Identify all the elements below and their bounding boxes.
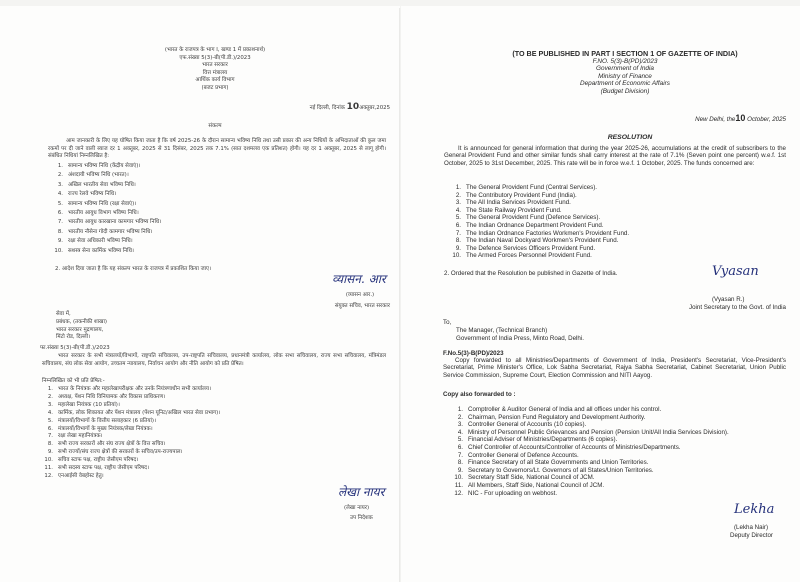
hindi-date-day: 10 — [347, 104, 360, 112]
english-copy-para: Copy forwarded to all Ministries/Departm… — [443, 357, 786, 379]
fund-item: 2.The Contributory Provident Fund (India… — [448, 192, 748, 200]
english-division: (Budget Division) — [460, 88, 790, 96]
list-number: 2. — [50, 171, 68, 180]
list-text: अंशदायी भविष्य निधि (भारत)। — [68, 171, 129, 180]
list-number: 5. — [448, 214, 466, 222]
list-number: 5. — [450, 436, 468, 444]
recipient-item: 3.महालेखा नियंत्रक (10 प्रतियां)। — [40, 402, 380, 410]
english-signature-1: Vyasan — [712, 264, 759, 279]
hindi-recipients-list: 1.भारत के नियंत्रक और महालेखापरीक्षक और … — [40, 386, 380, 481]
english-to-block: The Manager, (Technical Branch) Governme… — [456, 327, 656, 342]
list-number: 4. — [450, 429, 468, 437]
recipient-item: 4.Ministry of Personnel Public Grievance… — [450, 429, 790, 437]
list-number: 3. — [50, 181, 68, 190]
hindi-signatory1-name: (व्यासन आर.) — [330, 292, 390, 300]
recipient-item: 3.Controller General of Accounts (10 cop… — [450, 421, 790, 429]
english-signatory1-designation: Joint Secretary to the Govt. of India — [660, 304, 786, 312]
list-number: 4. — [40, 410, 58, 418]
list-text: Chairman, Pension Fund Regulatory and De… — [468, 414, 645, 422]
list-text: सभी सदस्य स्टाफ पक्ष, राष्ट्रीय जेसीएम प… — [58, 465, 149, 473]
list-number: 2. — [448, 192, 466, 200]
english-to-label: To, — [443, 319, 483, 327]
list-number: 1. — [450, 406, 468, 414]
hindi-signatory2-designation: उप निदेशक — [350, 515, 400, 523]
english-signatory2-name: (Lekha Nair) — [734, 524, 784, 532]
list-text: Controller General of Accounts (10 copie… — [468, 421, 586, 429]
english-copy-also: Copy also forwarded to : — [443, 391, 643, 399]
list-text: सामान्य भविष्य निधि (रक्षा सेवाएं)। — [68, 200, 136, 209]
list-number: 1. — [448, 184, 466, 192]
recipient-item: 8.Finance Secretary of all State Governm… — [450, 459, 790, 467]
hindi-date: नई दिल्ली, दिनांक 10अक्तूबर,2025 — [280, 104, 390, 113]
list-text: भारतीय नौसेना गोदी कामगार भविष्य निधि। — [68, 228, 152, 237]
list-text: Comptroller & Auditor General of India a… — [468, 406, 661, 414]
list-number: 9. — [448, 245, 466, 253]
hindi-department: आर्थिक कार्य विभाग — [130, 77, 300, 85]
recipient-item: 6.Chief Controller of Accounts/Controlle… — [450, 444, 790, 452]
hindi-signatory1-designation: संयुक्त सचिव, भारत सरकार — [300, 303, 390, 311]
list-text: The Indian Naval Dockyard Workmen's Prov… — [466, 237, 618, 245]
list-text: एनआईसी वेबहोस्ट हेतु। — [58, 473, 104, 481]
recipient-item: 9.सभी राज्यों/संघ राज्य क्षेत्रों की सरक… — [40, 449, 380, 457]
list-text: The Armed Forces Personnel Provident Fun… — [466, 252, 592, 260]
fund-item: 3.The All India Services Provident Fund. — [448, 199, 748, 207]
english-date: New Delhi, the10 October, 2025 — [650, 115, 786, 124]
hindi-copy-file-no: फा.संख्या 5(3)-बी(पी.डी.)/2023 — [40, 345, 240, 353]
recipient-item: 5.Financial Adviser of Ministries/Depart… — [450, 436, 790, 444]
list-number: 8. — [50, 228, 68, 237]
list-number: 7. — [450, 452, 468, 460]
list-text: महालेखा नियंत्रक (10 प्रतियां)। — [58, 402, 120, 410]
fund-item: 10.सशस्त्र सेना कार्मिक भविष्य निधि। — [50, 247, 350, 256]
list-text: भारतीय आयुध कारखाना कामगार भविष्य निधि। — [68, 218, 161, 227]
list-text: सभी राज्यों/संघ राज्य क्षेत्रों की सरकार… — [58, 449, 183, 457]
list-number: 1. — [50, 162, 68, 171]
recipient-item: 5.मंत्रालयों/विभागों के वित्तीय सलाहकार … — [40, 418, 380, 426]
fund-item: 1.सामान्य भविष्य निधि (केंद्रीय सेवाएं)। — [50, 162, 350, 171]
list-number: 5. — [40, 418, 58, 426]
list-text: सचिव स्टाफ पक्ष, राष्ट्रीय जेसीएम परिषद। — [58, 457, 138, 465]
english-file-no: F.NO. 5(3)-B(PD)/2023 — [460, 58, 790, 66]
recipient-item: 1.भारत के नियंत्रक और महालेखापरीक्षक और … — [40, 386, 380, 394]
fund-item: 1.The General Provident Fund (Central Se… — [448, 184, 748, 192]
list-text: The Defence Services Officers Provident … — [466, 245, 595, 253]
hindi-file-no: एफ.संख्या 5(3)-बी(पी.डी.)/2023 — [130, 55, 300, 63]
list-text: भारतीय आयुध विभाग भविष्य निधि। — [68, 209, 139, 218]
list-number: 9. — [450, 467, 468, 475]
list-number: 12. — [450, 490, 468, 498]
list-text: Chief Controller of Accounts/Controller … — [468, 444, 681, 452]
list-text: The Contributory Provident Fund (India). — [466, 192, 577, 200]
list-text: NIC - For uploading on webhost. — [468, 490, 557, 498]
list-number: 2. — [40, 394, 58, 402]
english-para2: 2. Ordered that the Resolution be publis… — [444, 270, 744, 278]
hindi-para1: आम जानकारी के लिए यह घोषित किया जाता है … — [48, 138, 386, 161]
english-signature-2: Lekha — [734, 502, 774, 517]
recipient-item: 12.एनआईसी वेबहोस्ट हेतु। — [40, 473, 380, 481]
english-signatory1-name: (Vyasan R.) — [712, 296, 762, 304]
fund-item: 6.भारतीय आयुध विभाग भविष्य निधि। — [50, 209, 350, 218]
list-number: 7. — [40, 433, 58, 441]
recipient-item: 11.सभी सदस्य स्टाफ पक्ष, राष्ट्रीय जेसीए… — [40, 465, 380, 473]
hindi-division: (बजट प्रभाग) — [130, 85, 300, 93]
english-title: RESOLUTION — [560, 134, 700, 142]
list-number: 6. — [50, 209, 68, 218]
recipient-item: 10.सचिव स्टाफ पक्ष, राष्ट्रीय जेसीएम परि… — [40, 457, 380, 465]
hindi-title: संकल्प — [130, 123, 300, 131]
list-text: The Indian Ordnance Factories Workmen's … — [466, 230, 629, 238]
fund-item: 9.रक्षा सेवा अधिकारी भविष्य निधि। — [50, 237, 350, 246]
list-number: 4. — [50, 190, 68, 199]
recipient-item: 1.Comptroller & Auditor General of India… — [450, 406, 790, 414]
english-ministry: Ministry of Finance — [460, 73, 790, 81]
list-text: कार्मिक, लोक शिकायत और पेंशन मंत्रालय (प… — [58, 410, 220, 418]
list-number: 7. — [448, 230, 466, 238]
list-number: 6. — [40, 426, 58, 434]
fund-item: 6.The Indian Ordnance Department Provide… — [448, 222, 748, 230]
fund-item: 2.अंशदायी भविष्य निधि (भारत)। — [50, 171, 350, 180]
list-number: 2. — [450, 414, 468, 422]
list-number: 4. — [448, 207, 466, 215]
list-number: 7. — [50, 218, 68, 227]
recipient-item: 4.कार्मिक, लोक शिकायत और पेंशन मंत्रालय … — [40, 410, 380, 418]
recipient-item: 2.अध्यक्ष, पेंशन निधि विनियामक और विकास … — [40, 394, 380, 402]
list-text: Secretary to Governors/Lt. Governors of … — [468, 467, 654, 475]
list-text: अखिल भारतीय सेवा भविष्य निधि। — [68, 181, 136, 190]
list-number: 1. — [40, 386, 58, 394]
list-text: The General Provident Fund (Defence Serv… — [466, 214, 600, 222]
list-text: Finance Secretary of all State Governmen… — [468, 459, 648, 467]
list-number: 10. — [448, 252, 466, 260]
hindi-signatory2-name: (लेखा नायर) — [344, 505, 394, 513]
fund-item: 9.The Defence Services Officers Providen… — [448, 245, 748, 253]
list-text: रक्षा सेवा अधिकारी भविष्य निधि। — [68, 237, 133, 246]
list-number: 9. — [40, 449, 58, 457]
list-text: मंत्रालयों/विभागों के वित्तीय सलाहकार (6… — [58, 418, 156, 426]
fund-item: 3.अखिल भारतीय सेवा भविष्य निधि। — [50, 181, 350, 190]
list-number: 8. — [40, 441, 58, 449]
recipient-item: 2.Chairman, Pension Fund Regulatory and … — [450, 414, 790, 422]
list-number: 10. — [50, 247, 68, 256]
list-text: अध्यक्ष, पेंशन निधि विनियामक और विकास प्… — [58, 394, 165, 402]
list-number: 10. — [450, 474, 468, 482]
list-text: The General Provident Fund (Central Serv… — [466, 184, 597, 192]
fund-item: 8.The Indian Naval Dockyard Workmen's Pr… — [448, 237, 748, 245]
fund-item: 7.भारतीय आयुध कारखाना कामगार भविष्य निधि… — [50, 218, 350, 227]
fund-item: 8.भारतीय नौसेना गोदी कामगार भविष्य निधि। — [50, 228, 350, 237]
english-para1: It is announced for general information … — [444, 145, 786, 167]
hindi-funds-list: 1.सामान्य भविष्य निधि (केंद्रीय सेवाएं)।… — [50, 162, 350, 256]
list-number: 3. — [448, 199, 466, 207]
list-number: 3. — [40, 402, 58, 410]
list-text: सामान्य भविष्य निधि (केंद्रीय सेवाएं)। — [68, 162, 140, 171]
english-department: Department of Economic Affairs — [460, 80, 790, 88]
recipient-item: 11.All Members, Staff Side, National Cou… — [450, 482, 790, 490]
hindi-copy-para: भारत सरकार के सभी मंत्रालयों/विभागों, रा… — [42, 353, 386, 368]
list-text: सशस्त्र सेना कार्मिक भविष्य निधि। — [68, 247, 134, 256]
fund-item: 5.The General Provident Fund (Defence Se… — [448, 214, 748, 222]
list-number: 10. — [40, 457, 58, 465]
list-text: Controller General of Defence Accounts. — [468, 452, 579, 460]
list-number: 6. — [448, 222, 466, 230]
recipient-item: 7.Controller General of Defence Accounts… — [450, 452, 790, 460]
list-number: 12. — [40, 473, 58, 481]
list-number: 5. — [50, 200, 68, 209]
list-text: भारत के नियंत्रक और महालेखापरीक्षक और उन… — [58, 386, 211, 394]
hindi-copy-also: निम्नलिखित को भी प्रति प्रेषित:- — [42, 378, 242, 386]
hindi-header: (भारत के राजपत्र के भाग I, खण्ड 1 में प्… — [130, 47, 300, 93]
recipient-item: 9.Secretary to Governors/Lt. Governors o… — [450, 467, 790, 475]
list-text: The Indian Ordnance Department Provident… — [466, 222, 604, 230]
list-number: 3. — [450, 421, 468, 429]
english-header: (TO BE PUBLISHED IN PART I SECTION 1 OF … — [460, 50, 790, 96]
fund-item: 10.The Armed Forces Personnel Provident … — [448, 252, 748, 260]
english-signatory2-designation: Deputy Director — [730, 532, 790, 540]
hindi-signature-2: लेखा नायर — [338, 483, 385, 500]
list-number: 8. — [448, 237, 466, 245]
list-text: The All India Services Provident Fund. — [466, 199, 571, 207]
hindi-govt: भारत सरकार — [130, 62, 300, 70]
list-text: Secretary Staff Side, National Council o… — [468, 474, 594, 482]
english-recipients-list: 1.Comptroller & Auditor General of India… — [450, 406, 790, 497]
recipient-item: 10.Secretary Staff Side, National Counci… — [450, 474, 790, 482]
list-number: 11. — [40, 465, 58, 473]
recipient-item: 12.NIC - For uploading on webhost. — [450, 490, 790, 498]
fund-item: 4.राज्य रेलवे भविष्य निधि। — [50, 190, 350, 199]
page-divider — [399, 8, 401, 582]
hindi-to-block: सेवा में, प्रबंधक, (तकनीकी शाखा) भारत सर… — [56, 311, 216, 342]
list-number: 8. — [450, 459, 468, 467]
english-govt: Government of India — [460, 65, 790, 73]
english-publish-note: (TO BE PUBLISHED IN PART I SECTION 1 OF … — [460, 50, 790, 58]
english-funds-list: 1.The General Provident Fund (Central Se… — [448, 184, 748, 260]
fund-item: 7.The Indian Ordnance Factories Workmen'… — [448, 230, 748, 238]
fund-item: 5.सामान्य भविष्य निधि (रक्षा सेवाएं)। — [50, 200, 350, 209]
list-text: राज्य रेलवे भविष्य निधि। — [68, 190, 116, 199]
list-number: 6. — [450, 444, 468, 452]
english-date-day: 10 — [735, 115, 745, 123]
list-text: Financial Adviser of Ministries/Departme… — [468, 436, 617, 444]
list-number: 9. — [50, 237, 68, 246]
list-text: The State Railway Provident Fund. — [466, 207, 562, 215]
list-text: All Members, Staff Side, National Counci… — [468, 482, 604, 490]
list-number: 11. — [450, 482, 468, 490]
list-text: Ministry of Personnel Public Grievances … — [468, 429, 729, 437]
hindi-para2: 2. आदेश दिया जाता है कि यह संकल्प भारत क… — [55, 266, 355, 274]
fund-item: 4.The State Railway Provident Fund. — [448, 207, 748, 215]
hindi-publish-note: (भारत के राजपत्र के भाग I, खण्ड 1 में प्… — [130, 47, 300, 55]
hindi-signature-1: व्यासन. आर — [332, 270, 386, 287]
